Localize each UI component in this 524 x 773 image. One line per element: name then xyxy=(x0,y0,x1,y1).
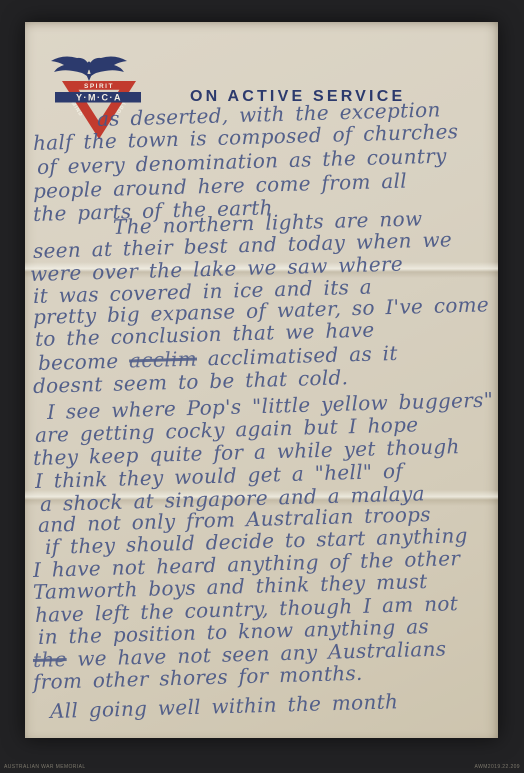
archive-credit: AUSTRALIAN WAR MEMORIAL xyxy=(4,764,86,770)
handwritten-text: as deserted, with the exception half the… xyxy=(25,22,498,738)
archive-id: AWM2019.22.209 xyxy=(475,764,520,770)
handwritten-line: All going well within the month xyxy=(50,689,399,723)
photo-mount: SPIRIT MIND BODY Y·M·C·A ON ACTIVE SERVI… xyxy=(0,0,524,773)
letter-page: SPIRIT MIND BODY Y·M·C·A ON ACTIVE SERVI… xyxy=(25,22,498,738)
